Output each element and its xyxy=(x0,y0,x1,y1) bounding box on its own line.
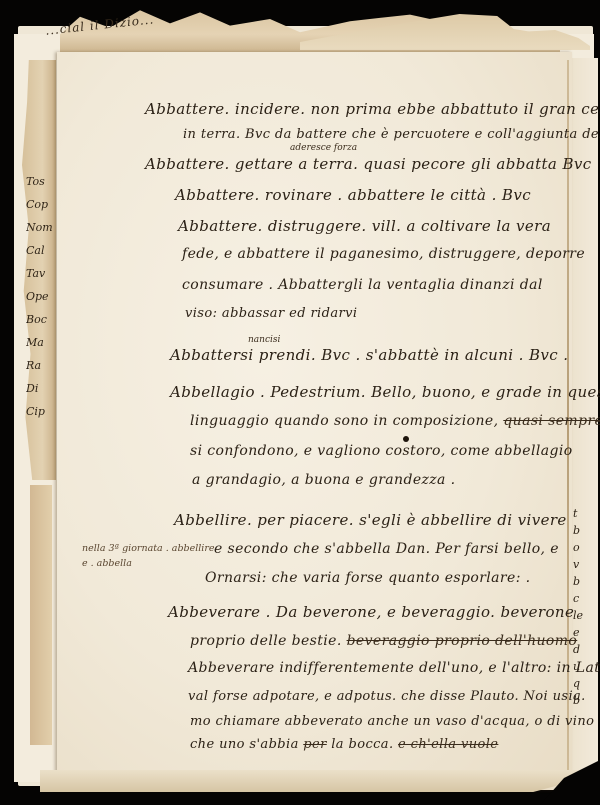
fragment: Di xyxy=(26,377,56,400)
text-line-17: Abbeverare . Da beverone, e beveraggio. … xyxy=(168,603,574,621)
fragment: Boc xyxy=(26,308,56,331)
text-line-3: Abbattere. gettare a terra. quasi pecore… xyxy=(145,155,592,173)
text-line-15: e secondo che s'abbella Dan. Per farsi b… xyxy=(214,541,559,557)
text-line-22: che uno s'abbia per la bocca. e ch'ella … xyxy=(190,737,498,752)
text-line-8: viso: abbassar ed ridarvi xyxy=(185,306,357,321)
text-line-11: linguaggio quando sono in composizione, … xyxy=(190,413,600,429)
fragment: t xyxy=(573,505,600,522)
text-line-7: consumare . Abbattergli la ventaglia din… xyxy=(182,277,543,293)
fragment: c xyxy=(573,590,600,607)
ink-blot xyxy=(403,436,409,442)
fragment: Cal xyxy=(26,239,56,262)
fragment: Ope xyxy=(26,285,56,308)
fragment: le xyxy=(573,607,600,624)
margin-note-line-2: e . abbella xyxy=(82,558,132,569)
text-line-1: Abbattere. incidere. non prima ebbe abba… xyxy=(145,100,600,118)
line-text: proprio delle bestie. xyxy=(190,633,342,649)
text-line-4: Abbattere. rovinare . abbattere le città… xyxy=(175,186,531,204)
line-text: linguaggio quando sono in composizione, xyxy=(190,413,498,429)
text-line-19: Abbeverare indifferentemente dell'uno, e… xyxy=(188,660,600,676)
fragment: Cip xyxy=(26,400,56,423)
text-line-14: Abbellire. per piacere. s'egli è abbelli… xyxy=(174,511,567,529)
fragment: Nom xyxy=(26,216,56,239)
text-line-18: proprio delle bestie. beveraggio proprio… xyxy=(190,633,577,649)
text-line-13: a grandagio, a buona e grandezza . xyxy=(192,472,456,488)
margin-note-line-1: nella 3ª giornata . abbellire xyxy=(82,543,215,554)
text-line-20: val forse adpotare, e adpotus. che disse… xyxy=(188,689,586,704)
manuscript-photo: ...cial il Dizio... Tos Cop Nom Cal Tav … xyxy=(0,0,600,805)
text-line-10: Abbellagio . Pedestrium. Bello, buono, e… xyxy=(170,383,600,401)
text-line-5: Abbattere. distruggere. vill. a coltivar… xyxy=(178,217,551,235)
struck-text: per xyxy=(303,737,326,752)
struck-text: quasi sempre xyxy=(503,413,600,429)
text-line-12: si confondono, e vagliono costoro, come … xyxy=(190,443,573,459)
text-line-21: mo chiamare abbeverato anche un vaso d'a… xyxy=(190,714,594,729)
text-line-6: fede, e abbattere il paganesimo, distrug… xyxy=(182,246,585,262)
bottom-stacked-edges xyxy=(40,770,588,792)
right-edge-fragments: t b o v b c le e d u q b xyxy=(573,505,600,709)
text-line-2: in terra. Bvc da battere che è percuoter… xyxy=(183,127,600,142)
struck-text: e ch'ella vuole xyxy=(398,737,498,752)
text-line-16: Ornarsi: che varia forse quanto esporlar… xyxy=(205,570,531,586)
fragment: Tos xyxy=(26,170,56,193)
fragment: o xyxy=(573,539,600,556)
fragment: Cop xyxy=(26,193,56,216)
line-text: la bocca. xyxy=(327,737,394,752)
interlinear-note-1: aderesce forza xyxy=(290,143,357,153)
text-line-9: Abbattersi prendi. Bvc . s'abbattè in al… xyxy=(170,346,568,364)
fragment: b xyxy=(573,573,600,590)
fragment: Ra xyxy=(26,354,56,377)
fragment: Tav xyxy=(26,262,56,285)
interlinear-note-2: nancisi xyxy=(248,335,280,345)
fragment: Ma xyxy=(26,331,56,354)
left-strip-fragments: Tos Cop Nom Cal Tav Ope Boc Ma Ra Di Cip xyxy=(26,170,56,423)
struck-text: beveraggio proprio dell'huomo xyxy=(347,633,578,649)
line-text: che uno s'abbia xyxy=(190,737,299,752)
fragment: b xyxy=(573,522,600,539)
fragment: v xyxy=(573,556,600,573)
left-torn-strip-lower xyxy=(30,485,52,745)
